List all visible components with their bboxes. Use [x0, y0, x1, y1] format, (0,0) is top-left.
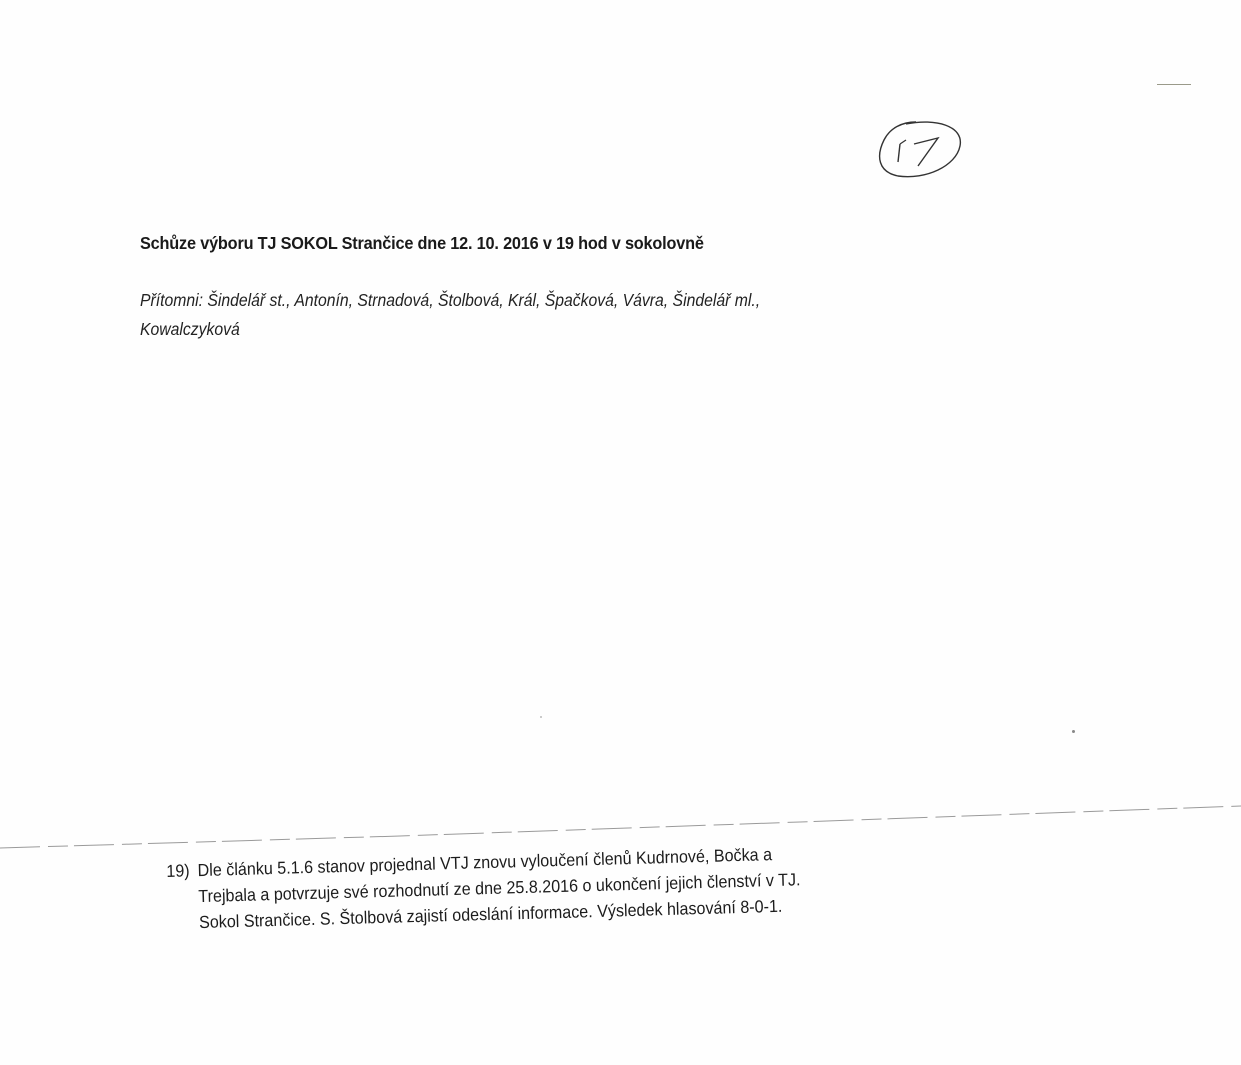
attendees-line-1: Přítomni: Šindelář st., Antonín, Strnado… — [140, 286, 950, 315]
handwritten-page-number — [876, 116, 964, 182]
scanned-page: Schůze výboru TJ SOKOL Strančice dne 12.… — [0, 0, 1241, 1065]
attendees-list: Přítomni: Šindelář st., Antonín, Strnado… — [140, 286, 950, 344]
scan-speck — [540, 716, 542, 718]
scan-artifact-line — [1157, 84, 1191, 85]
meeting-heading: Schůze výboru TJ SOKOL Strančice dne 12.… — [140, 233, 704, 254]
attendees-line-2: Kowalczyková — [140, 315, 950, 344]
resolution-number: 19) — [166, 857, 198, 884]
scan-speck — [1072, 730, 1075, 733]
circled-number-icon — [876, 116, 964, 182]
